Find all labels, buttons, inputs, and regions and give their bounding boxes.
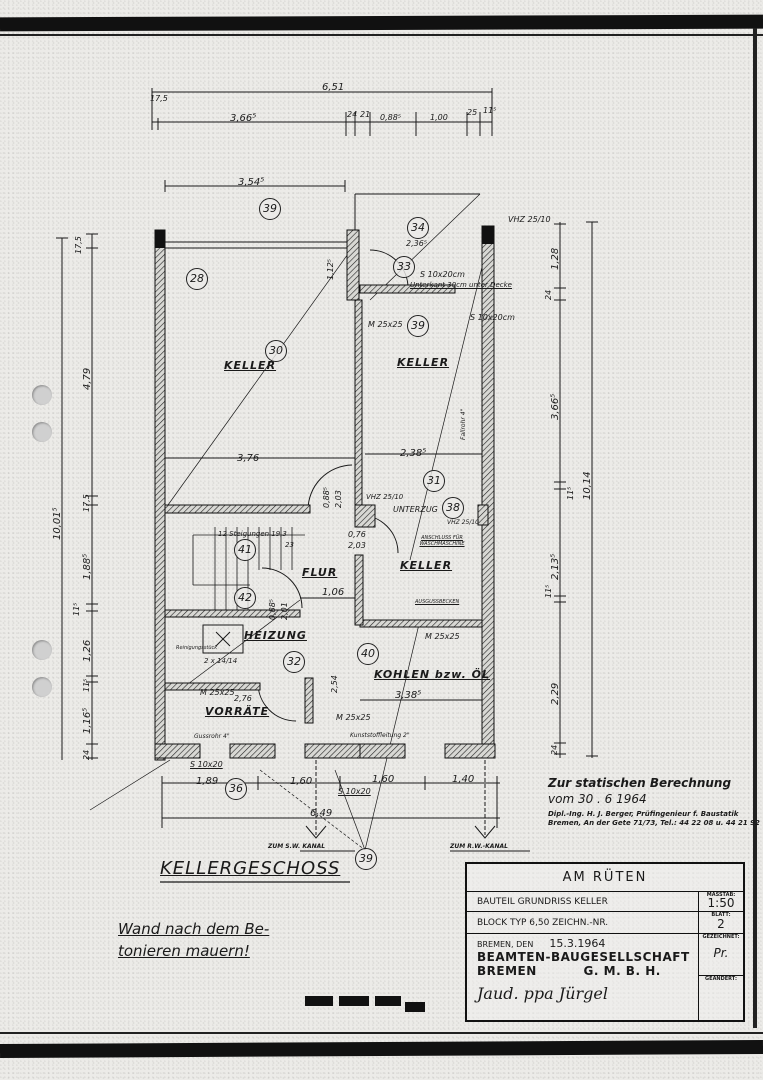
marker-36: 36: [225, 778, 247, 800]
dim-top-inner: 3,54⁵: [238, 177, 264, 188]
note-vhz-top: VHZ 25/10: [508, 215, 551, 224]
title-block-place-label: BREMEN, DEN: [477, 940, 533, 949]
drawing-title: KELLERGESCHOSS: [160, 858, 340, 879]
title-block-date: 15.3.1964: [549, 937, 605, 950]
note-m-25x25-kohlen: M 25x25: [336, 713, 371, 722]
dim-left-seg: 1,88⁵: [82, 554, 93, 580]
dim-left-seg: 17,5: [74, 236, 83, 254]
note-vhz-right: VHZ 25/10: [447, 519, 479, 526]
dim-kohlen-width: 3,38⁵: [395, 690, 421, 701]
dim-top-seg: 25: [467, 108, 477, 117]
note-vhz-mid: VHZ 25/10: [366, 493, 403, 501]
title-block-project: AM RÜTEN: [467, 864, 743, 892]
marker-42: 42: [234, 587, 256, 609]
dim-bottom-total: 6,49: [310, 808, 332, 819]
marker-39-top: 39: [259, 198, 281, 220]
note-m-25x25-top: M 25x25: [368, 320, 403, 329]
wall-note-line-1: Wand nach dem Be-: [118, 918, 269, 940]
dim-keller-left-width: 3,76: [237, 453, 259, 464]
gezeichnet-value: Pr.: [699, 946, 743, 960]
statics-engineer: Dipl.-Ing. H. J. Berger, Prüfingenieur f…: [548, 810, 760, 818]
gezeichnet-label: GEZEICHNET:: [699, 934, 743, 940]
note-s-10x20-right: S 10x20cm: [470, 313, 515, 322]
statics-stamp: Zur statischen Berechnung vom 30 . 6 196…: [548, 776, 760, 827]
note-kanal-rw: ZUM R.W.-KANAL: [450, 843, 508, 850]
dim-door-b-height: 2,03: [348, 541, 366, 550]
marker-32: 32: [283, 651, 305, 673]
note-s-10x20-top: S 10x20cm: [420, 270, 465, 279]
dim-door-c-height: 2,01: [280, 602, 289, 620]
dim-door-c-width: 0,88⁵: [268, 599, 277, 620]
title-block-bauteil: BAUTEIL GRUNDRISS KELLER: [467, 892, 699, 912]
marker-28: 28: [186, 268, 208, 290]
room-label-keller-right: KELLER: [397, 356, 449, 369]
note-kamin: 2 x 14/14: [204, 657, 237, 665]
dim-wall-left-top: 1,12⁵: [326, 259, 335, 280]
dim-right-seg: 1,28: [550, 248, 561, 270]
dim-left-seg: 11⁵: [82, 679, 91, 692]
dim-stair-opening: 2,36⁵: [406, 239, 427, 248]
note-kunststoff: Kunststoffleitung 2": [350, 732, 410, 739]
dim-right-seg: 11⁵: [566, 487, 575, 500]
note-fallrohr: Fallrohr 4": [460, 409, 467, 440]
note-gussrohr: Gussrohr 4": [194, 733, 230, 740]
title-block-blatt: BLATT: 2: [699, 912, 743, 934]
marker-40: 40: [357, 643, 379, 665]
dim-door-a-height: 2,03: [334, 490, 343, 508]
dim-left-seg: 11⁵: [72, 603, 81, 616]
note-stairs: 12 Steigungen 19,3: [218, 530, 287, 538]
statics-heading: Zur statischen Berechnung: [548, 776, 760, 790]
note-s-bottom-2: S 10x20: [338, 787, 371, 796]
dim-left-seg: 24: [82, 750, 91, 760]
room-label-keller-left: KELLER: [224, 359, 276, 372]
wall-note-line-2: tonieren mauern!: [118, 940, 269, 962]
signature: Jaud. ppa Jürgel: [477, 984, 698, 1003]
title-block-massstab: MASSTAB: 1:50: [699, 892, 743, 912]
note-stairs-depth: 23: [285, 541, 294, 549]
marker-34: 34: [407, 217, 429, 239]
dim-top-seg: 11⁵: [483, 106, 496, 115]
note-unterkant: Unterkant 30cm unter Decke: [410, 281, 512, 289]
statics-address: Bremen, An der Gete 71/73, Tel.: 44 22 0…: [548, 819, 760, 827]
dim-left-seg: 4,79: [82, 368, 93, 390]
statics-date: vom 30 . 6 1964: [548, 792, 760, 806]
marker-33: 33: [393, 256, 415, 278]
dim-vorrate-width: 2,76: [234, 694, 252, 703]
title-block-company-2: BREMEN G. M. B. H.: [477, 964, 698, 978]
marker-39-bottom: 39: [355, 848, 377, 870]
note-anschluss: ANSCHLUSS FÜR WASCHMASCHINE: [412, 535, 472, 547]
dim-keller-right-width: 2,38⁵: [400, 448, 426, 459]
dim-bottom-seg: 1,60: [290, 776, 312, 787]
title-block-block: BLOCK TYP 6,50 ZEICHN.-NR.: [467, 912, 699, 934]
marker-41: 41: [234, 539, 256, 561]
note-s-bottom-1: S 10x20: [190, 760, 223, 769]
dim-top-total: 6,51: [322, 82, 344, 93]
dim-right-seg: 11⁵: [544, 585, 553, 598]
note-unterzug: UNTERZUG: [393, 505, 438, 514]
redacted-note: [305, 996, 425, 1010]
note-m-25x25-vorrate: M 25x25: [200, 688, 235, 697]
marker-38: 38: [442, 497, 464, 519]
dim-top-seg: 0,88⁵: [380, 113, 401, 122]
blatt-value: 2: [699, 918, 743, 931]
dim-right-seg: 3,66⁵: [550, 394, 561, 420]
dim-right-seg: 24: [550, 745, 559, 755]
title-block-geandert: GEÄNDERT:: [699, 976, 743, 1020]
wall-note: Wand nach dem Be- tonieren mauern!: [118, 918, 269, 962]
title-block-company-1: BEAMTEN-BAUGESELLSCHAFT: [477, 950, 698, 964]
dim-door-a-width: 0,88⁵: [322, 487, 331, 508]
marker-30: 30: [265, 340, 287, 362]
dim-bottom-seg: 1,60: [372, 774, 394, 785]
dim-bottom-seg: 1,40: [452, 774, 474, 785]
room-label-flur: FLUR: [302, 566, 337, 579]
note-m-25x25-keller: M 25x25: [425, 632, 460, 641]
note-ausguss: AUSGUSSBECKEN: [415, 599, 459, 605]
room-label-heizung: HEIZUNG: [244, 629, 307, 642]
title-block-company: BREMEN, DEN15.3.1964 BEAMTEN-BAUGESELLSC…: [467, 934, 699, 1020]
geandert-label: GEÄNDERT:: [699, 976, 743, 982]
dim-top-seg: 1,00: [430, 113, 448, 122]
dim-left-total: 10,01⁵: [52, 507, 63, 540]
dim-misc: 2,54: [330, 675, 339, 693]
room-label-kohlen: KOHLEN bzw. ÖL: [374, 668, 490, 681]
dim-right-total: 10,14: [582, 471, 593, 500]
dim-top-seg: 17,5: [150, 94, 168, 103]
marker-31: 31: [423, 470, 445, 492]
title-block-gezeichnet: GEZEICHNET: Pr.: [699, 934, 743, 976]
title-block: AM RÜTEN BAUTEIL GRUNDRISS KELLER BLOCK …: [465, 862, 745, 1022]
dim-bottom-seg: 1,89: [196, 776, 218, 787]
dim-top-seg: 24: [347, 110, 357, 119]
dim-flur-width: 1,06: [322, 587, 344, 598]
dim-left-seg: 17,5: [82, 494, 91, 512]
marker-39-mid: 39: [407, 315, 429, 337]
dim-door-b-width: 0,76: [348, 530, 366, 539]
drawing-sheet: KELLER KELLER KELLER FLUR HEIZUNG KOHLEN…: [0, 0, 763, 1080]
room-label-keller-lower: KELLER: [400, 559, 452, 572]
note-kanal-sw: ZUM S.W. KANAL: [268, 843, 325, 850]
dim-left-seg: 1,16⁵: [82, 708, 93, 734]
dim-right-seg: 2,29: [550, 683, 561, 705]
dim-right-seg: 2,13⁵: [550, 554, 561, 580]
dim-top-seg: 3,66⁵: [230, 113, 256, 124]
dim-left-seg: 1,26: [82, 640, 93, 662]
massstab-value: 1:50: [699, 898, 743, 909]
room-label-vorrate: VORRÄTE: [205, 705, 269, 718]
note-reinigung: Reinigungsstück: [176, 645, 198, 651]
dim-top-seg: 21: [360, 110, 370, 119]
dim-right-seg: 24: [544, 290, 553, 300]
